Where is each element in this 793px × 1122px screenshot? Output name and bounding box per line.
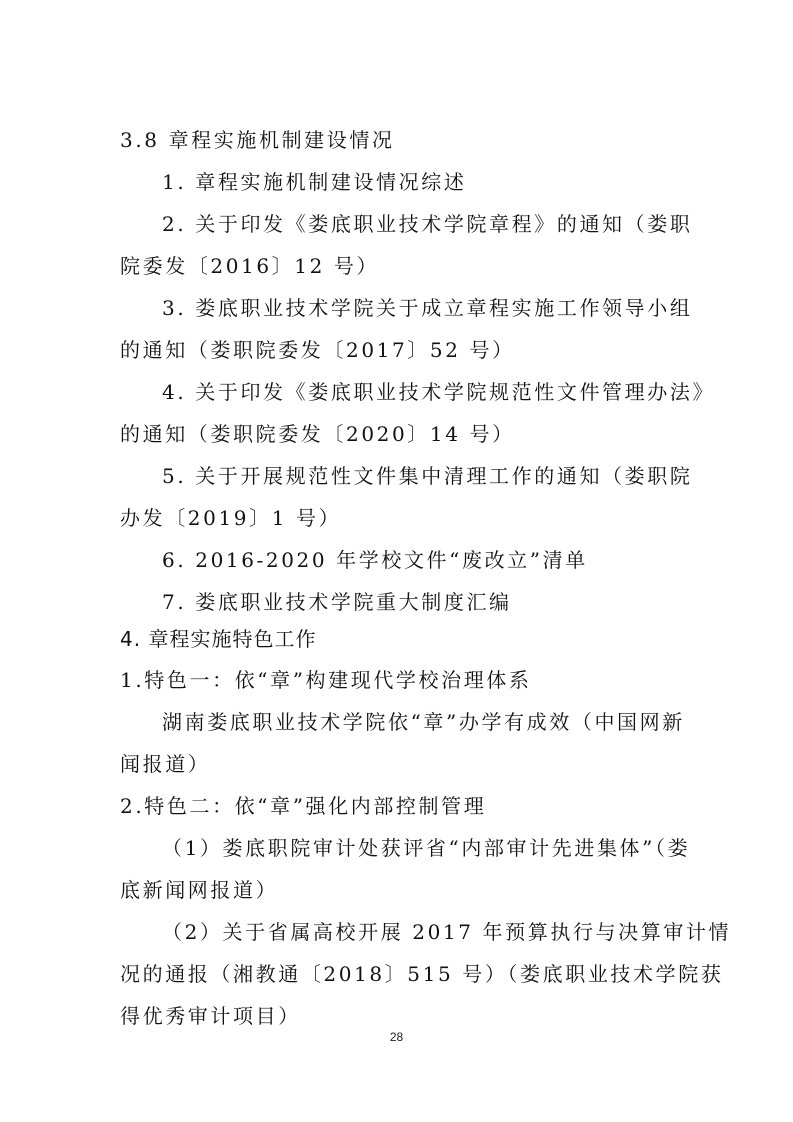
section-title: 3.8 章程实施机制建设情况 (120, 128, 395, 152)
list-item-5-cont: 办发〔2019〕1 号） (120, 506, 341, 530)
feature-2-sub-2: （2）关于省属高校开展 2017 年预算执行与决算审计情 (162, 920, 731, 944)
list-item-7: 7. 娄底职业技术学院重大制度汇编 (162, 590, 512, 614)
list-item-3: 3. 娄底职业技术学院关于成立章程实施工作领导小组 (162, 296, 692, 320)
feature-1-text: 湖南娄底职业技术学院依“章”办学有成效（中国网新 (162, 710, 685, 734)
feature-1-text-cont: 闻报道） (120, 752, 210, 776)
feature-2-sub-2-cont2: 得优秀审计项目） (120, 1004, 301, 1028)
list-item-2: 2. 关于印发《娄底职业技术学院章程》的通知（娄职 (162, 212, 692, 236)
list-item-5: 5. 关于开展规范性文件集中清理工作的通知（娄职院 (162, 464, 692, 488)
feature-2-sub-2-cont: 况的通报（湘教通〔2018〕515 号）（娄底职业技术学院获 (120, 962, 723, 986)
feature-2-sub-1: （1）娄底职院审计处获评省“内部审计先进集体”（娄 (162, 836, 690, 860)
feature-2-sub-1-cont: 底新闻网报道） (120, 878, 278, 902)
page-number: 28 (0, 1030, 793, 1044)
feature-1-title: 1.特色一：依“章”构建现代学校治理体系 (120, 668, 532, 692)
list-item-4-cont: 的通知（娄职院委发〔2020〕14 号） (120, 422, 515, 446)
list-item-1: 1. 章程实施机制建设情况综述 (162, 170, 466, 194)
list-item-6: 6. 2016-2020 年学校文件“废改立”清单 (162, 548, 588, 572)
features-heading: 4. 章程实施特色工作 (120, 627, 316, 651)
feature-2-title: 2.特色二：依“章”强化内部控制管理 (120, 794, 486, 818)
list-item-4: 4. 关于印发《娄底职业技术学院规范性文件管理办法》 (162, 380, 715, 404)
list-item-3-cont: 的通知（娄职院委发〔2017〕52 号） (120, 338, 515, 362)
list-item-2-cont: 院委发〔2016〕12 号） (120, 254, 379, 278)
